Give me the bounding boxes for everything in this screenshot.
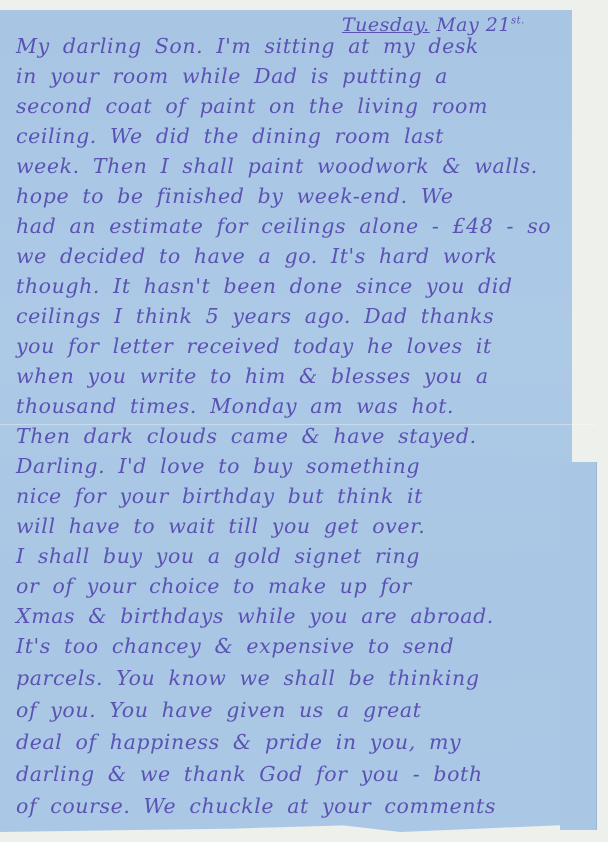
handwritten-letter: Tuesday. May 21st. My darling Son. I'm s… bbox=[0, 0, 608, 842]
letter-line: when you write to him & blesses you a bbox=[16, 364, 489, 388]
date-suffix: st. bbox=[511, 16, 525, 27]
letter-line: Then dark clouds came & have stayed. bbox=[16, 424, 477, 448]
letter-line: thousand times. Monday am was hot. bbox=[16, 394, 454, 418]
letter-line: we decided to have a go. It's hard work bbox=[16, 244, 497, 268]
letter-line: had an estimate for ceilings alone - £48… bbox=[16, 214, 551, 238]
letter-line: will have to wait till you get over. bbox=[16, 514, 425, 538]
letter-line: deal of happiness & pride in you, my bbox=[16, 730, 461, 754]
letter-line: It's too chancey & expensive to send bbox=[16, 634, 454, 658]
letter-line: or of your choice to make up for bbox=[16, 574, 412, 598]
letter-line: nice for your birthday but think it bbox=[16, 484, 423, 508]
letter-line: My darling Son. I'm sitting at my desk bbox=[16, 34, 479, 58]
letter-line: I shall buy you a gold signet ring bbox=[16, 544, 420, 568]
letter-line: ceiling. We did the dining room last bbox=[16, 124, 444, 148]
letter-line: hope to be finished by week-end. We bbox=[16, 184, 454, 208]
letter-line: you for letter received today he loves i… bbox=[16, 334, 492, 358]
letter-line: of course. We chuckle at your comments bbox=[16, 794, 496, 818]
letter-line: second coat of paint on the living room bbox=[16, 94, 488, 118]
date-weekday: Tuesday. bbox=[342, 14, 430, 36]
letter-line: week. Then I shall paint woodwork & wall… bbox=[16, 154, 538, 178]
letter-line: darling & we thank God for you - both bbox=[16, 762, 483, 786]
letter-date: Tuesday. May 21st. bbox=[342, 14, 525, 36]
letter-line: in your room while Dad is putting a bbox=[16, 64, 448, 88]
letter-line: though. It hasn't been done since you di… bbox=[16, 274, 513, 298]
letter-line: ceilings I think 5 years ago. Dad thanks bbox=[16, 304, 494, 328]
letter-line: parcels. You know we shall be thinking bbox=[16, 666, 480, 690]
letter-line: of you. You have given us a great bbox=[16, 698, 421, 722]
letter-line: Darling. I'd love to buy something bbox=[16, 454, 420, 478]
date-month-day: May 21 bbox=[436, 14, 511, 36]
letter-line: Xmas & birthdays while you are abroad. bbox=[16, 604, 494, 628]
